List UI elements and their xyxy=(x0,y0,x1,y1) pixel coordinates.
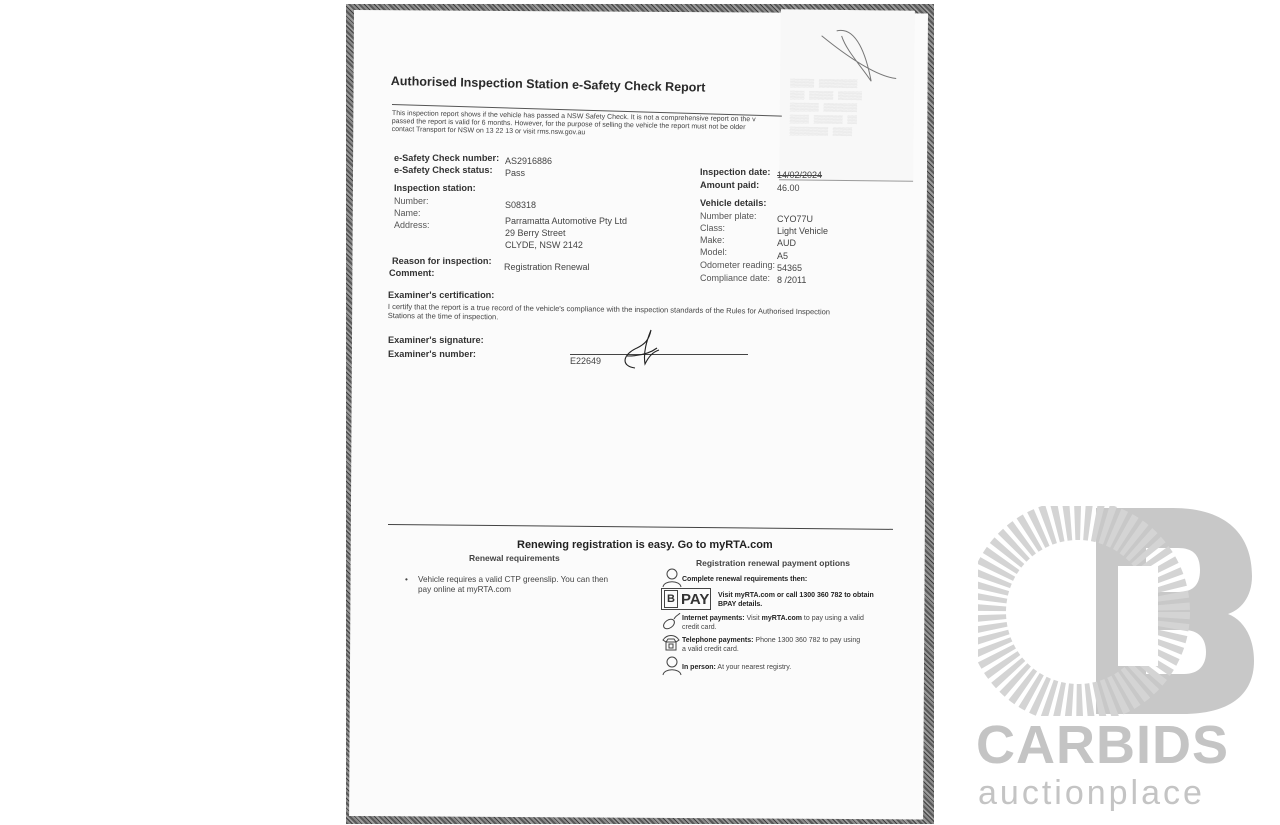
check-number: AS2916886 xyxy=(505,156,552,166)
odometer-label: Odometer reading: xyxy=(700,260,775,270)
station-number: S08318 xyxy=(505,200,536,210)
person-text: At your nearest registry. xyxy=(717,664,791,671)
bpay-text: Visit myRTA.com or call 1300 360 782 to … xyxy=(718,591,874,609)
internet-text: to pay using a valid xyxy=(804,615,864,622)
carbids-logo-icon xyxy=(978,506,1254,716)
reason: Registration Renewal xyxy=(504,262,590,272)
bpay-line: BPAY details. xyxy=(718,601,762,608)
telephone-payments: Telephone payments: Phone 1300 360 782 t… xyxy=(682,636,860,654)
amount-paid: 46.00 xyxy=(777,183,800,193)
internet-payments: Internet payments: Visit myRTA.com to pa… xyxy=(682,614,864,632)
vehicle-model: A5 xyxy=(777,251,788,261)
station-address-line2: CLYDE, NSW 2142 xyxy=(505,240,583,250)
examiner-signature-icon xyxy=(615,326,675,372)
person-label: In person: xyxy=(682,664,716,671)
in-person-payments: In person: At your nearest registry. xyxy=(682,663,791,672)
station-heading: Inspection station: xyxy=(394,183,476,193)
examiner-number: E22649 xyxy=(570,356,601,366)
bpay-logo-icon: BPAY xyxy=(661,588,711,610)
person-icon xyxy=(662,568,682,588)
make-label: Make: xyxy=(700,235,725,245)
station-number-label: Number: xyxy=(394,196,429,206)
renewal-title: Renewing registration is easy. Go to myR… xyxy=(517,539,773,551)
telephone-icon xyxy=(661,634,681,652)
check-number-label: e-Safety Check number: xyxy=(394,153,499,163)
check-status-label: e-Safety Check status: xyxy=(394,165,493,175)
vehicle-class: Light Vehicle xyxy=(777,226,828,236)
station-address-line1: 29 Berry Street xyxy=(505,228,566,238)
inspection-date-label: Inspection date: xyxy=(700,167,770,177)
certification-heading: Examiner's certification: xyxy=(388,290,494,300)
bpay-logo-text: PAY xyxy=(681,591,709,608)
sticker-signature-icon xyxy=(816,26,907,87)
check-status: Pass xyxy=(505,168,525,178)
signature-label: Examiner's signature: xyxy=(388,335,484,345)
odometer-reading: 54365 xyxy=(777,263,802,273)
internet-text: Visit xyxy=(747,615,760,622)
class-label: Class: xyxy=(700,223,725,233)
bpay-line: Visit myRTA.com or call 1300 360 782 to … xyxy=(718,592,874,599)
vehicle-make: AUD xyxy=(777,238,796,248)
comment-label: Comment: xyxy=(389,268,434,278)
vehicle-heading: Vehicle details: xyxy=(700,198,766,208)
station-name: Parramatta Automotive Pty Ltd xyxy=(505,216,627,226)
model-label: Model: xyxy=(700,247,727,257)
brand-tagline: auctionplace xyxy=(978,774,1205,813)
reason-label: Reason for inspection: xyxy=(392,256,492,266)
myrta-link[interactable]: myRTA.com xyxy=(762,615,802,622)
inspection-sticker: ▒▒▒▒▒ ▒▒▒▒▒▒▒▒ ▒▒▒ ▒▒▒▒▒ ▒▒▒▒▒ ▒▒▒▒▒▒ ▒▒… xyxy=(779,9,915,181)
requirements-heading: Renewal requirements xyxy=(469,553,560,563)
complete-requirements-label: Complete renewal requirements then: xyxy=(682,576,807,583)
station-address-label: Address: xyxy=(394,220,430,230)
requirement-item: • Vehicle requires a valid CTP greenslip… xyxy=(405,575,608,595)
requirement-line: pay online at myRTA.com xyxy=(418,585,608,595)
number-plate: CYO77U xyxy=(777,214,813,224)
phone-text: Phone 1300 360 782 to pay using xyxy=(755,637,860,644)
internet-text: credit card. xyxy=(682,624,717,631)
station-name-label: Name: xyxy=(394,208,421,218)
payment-heading: Registration renewal payment options xyxy=(696,558,850,568)
person-icon xyxy=(662,656,682,676)
internet-label: Internet payments: xyxy=(682,615,745,622)
plate-label: Number plate: xyxy=(700,211,757,221)
examiner-number-label: Examiner's number: xyxy=(388,349,476,359)
inspection-date: 14/02/2024 xyxy=(777,170,822,180)
phone-text: a valid credit card. xyxy=(682,646,739,653)
requirement-line: Vehicle requires a valid CTP greenslip. … xyxy=(418,575,608,585)
phone-label: Telephone payments: xyxy=(682,637,753,644)
mouse-icon xyxy=(661,613,681,631)
amount-paid-label: Amount paid: xyxy=(700,180,759,190)
complete-requirements-text: Complete renewal requirements then: xyxy=(682,575,807,584)
compliance-label: Compliance date: xyxy=(700,273,770,283)
brand-name: CARBIDS xyxy=(976,714,1229,776)
compliance-date: 8 /2011 xyxy=(777,275,806,285)
